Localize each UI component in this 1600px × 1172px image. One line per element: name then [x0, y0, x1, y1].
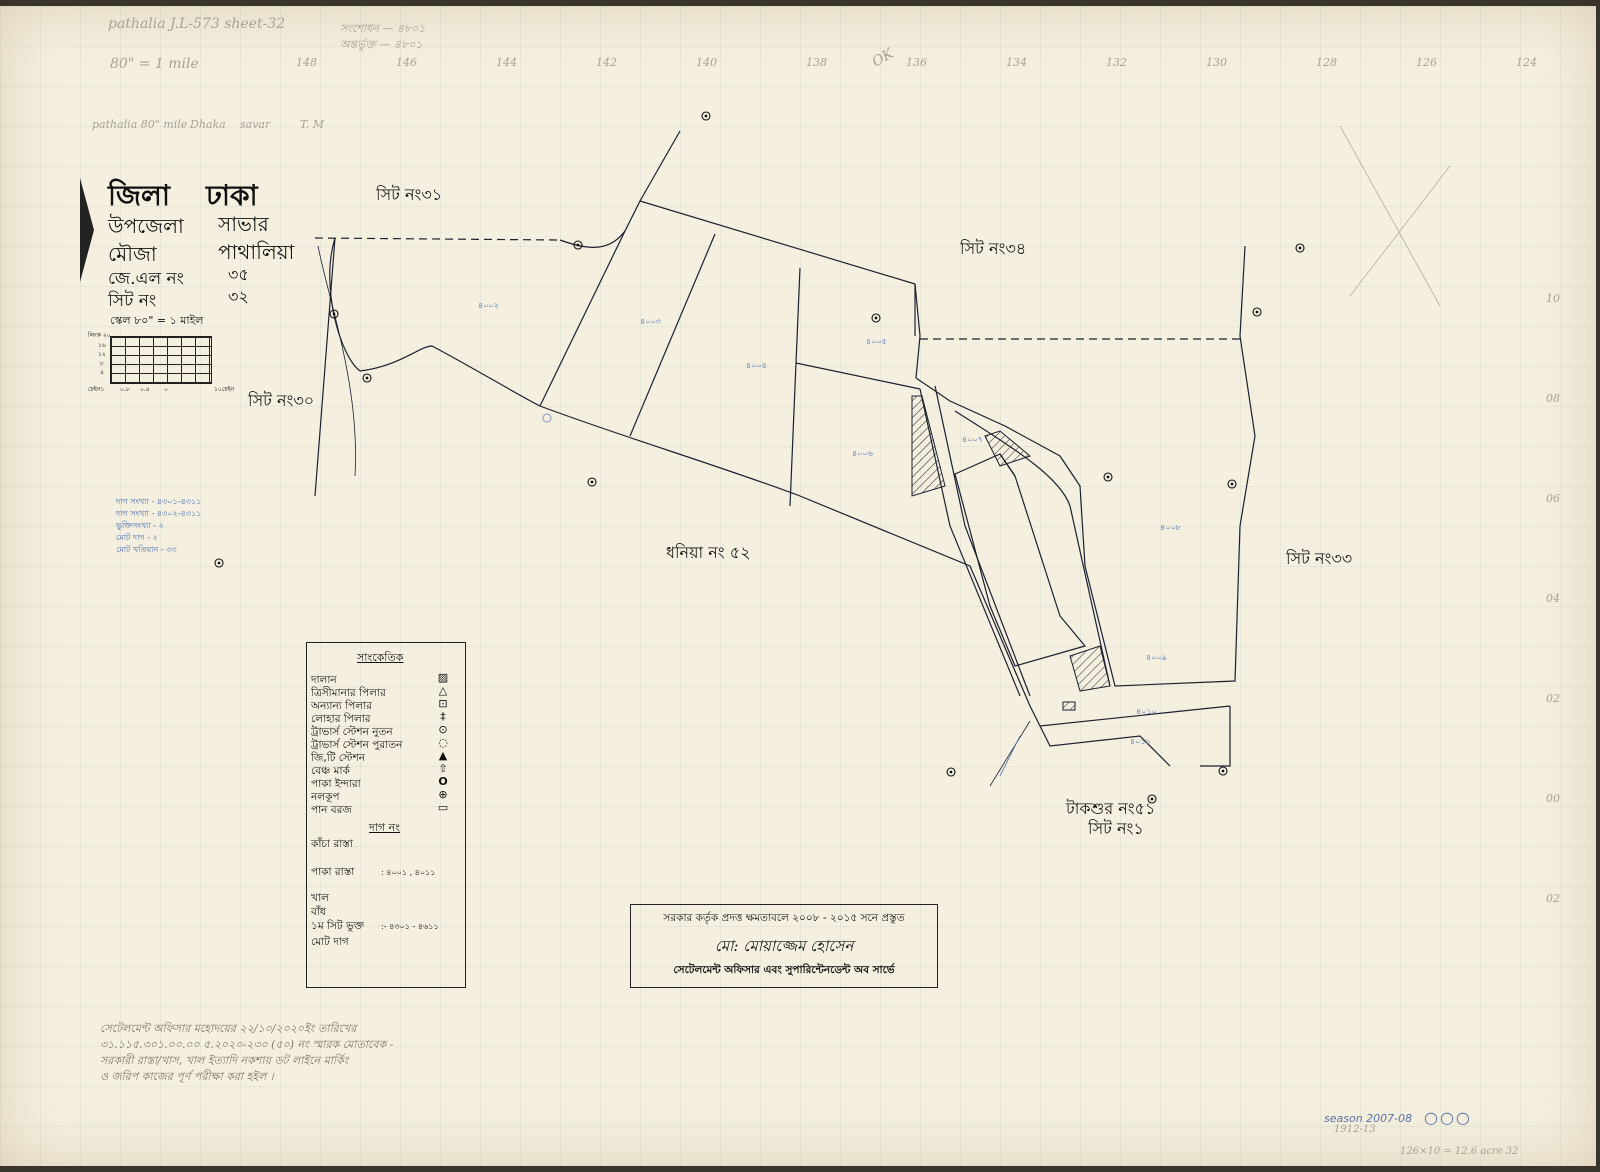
plot-number: ৪০০৩ — [640, 316, 661, 329]
iron-pillar-icon: ‡ — [433, 710, 453, 723]
label-sheet-31: সিট নং৩১ — [376, 182, 442, 209]
handwritten-note-line: ও জরিপ কাজের পূর্ণ পরীক্ষা করা হইল । — [100, 1068, 274, 1087]
plot-number: ৪০০৮ — [1160, 522, 1181, 535]
building-icon: ▨ — [433, 671, 453, 684]
traverse-old-icon: ◌ — [433, 736, 453, 749]
certificate-line-1: সরকার কর্তৃক প্রদত্ত ক্ষমতাবলে ২০০৮ - ২০… — [631, 911, 937, 928]
plot-number: ৪০১১ — [1130, 736, 1151, 749]
legend-road: কাঁচা রাস্তা — [311, 837, 353, 854]
season-note-2: 1912-13 — [1334, 1124, 1376, 1135]
plot-number: ৪০০২ — [478, 300, 499, 313]
betel-garden-icon: ▭ — [433, 801, 453, 814]
plot-number: ৪০১০ — [1136, 706, 1157, 719]
bench-mark-icon: ⇧ — [433, 762, 453, 775]
pucca-well-icon: O — [433, 775, 453, 788]
map-sheet: pathalia J.L-573 sheet-32 সংশোধন — ৪৮০১ … — [0, 6, 1596, 1166]
trijunction-pillar-icon: △ — [433, 684, 453, 697]
legend-title: সাংকেতিক — [357, 649, 403, 668]
legend-road-value: : ৪০০১ , ৪০১১ — [381, 867, 435, 880]
label-dhaniya-52: ধনিয়া নং ৫২ — [666, 540, 751, 567]
check-circles: ○○○ — [1424, 1108, 1472, 1127]
area-calc: 126×10 = 12.6 acre 32 — [1400, 1146, 1519, 1157]
plot-number: ৪০০৪ — [746, 360, 767, 373]
label-sheet-1: সিট নং১ — [1088, 816, 1144, 843]
plot-number: ৪০০৭ — [962, 434, 983, 447]
signature: মো: মোয়াজ্জেম হোসেন — [631, 935, 937, 960]
legend-road: পাকা রাস্তা — [311, 865, 354, 882]
traverse-new-icon: ⊙ — [433, 723, 453, 736]
label-sheet-30: সিট নং৩০ — [248, 388, 314, 415]
plot-number: ৪০০৬ — [852, 448, 873, 461]
legend-road: ১ম সিট ভুক্ত — [311, 919, 364, 936]
legend-road: মোট দাগ — [311, 935, 349, 952]
tubewell-icon: ⊕ — [433, 788, 453, 801]
mouza-map-drawing — [0, 6, 1596, 1166]
legend-box: সাংকেতিক দালান ▨ ত্রিসীমানার পিলার △ অন্… — [306, 642, 466, 988]
legend-item: পান বরজ — [311, 803, 352, 820]
certificate-line-3: সেটেলমেন্ট অফিসার এবং সুপারিন্টেনডেন্ট অ… — [631, 963, 937, 980]
certificate-box: সরকার কর্তৃক প্রদত্ত ক্ষমতাবলে ২০০৮ - ২০… — [630, 904, 938, 988]
plot-number: ৪০০৯ — [1146, 652, 1167, 665]
other-pillar-icon: ⊡ — [433, 697, 453, 710]
label-sheet-33: সিট নং৩৩ — [1286, 546, 1352, 573]
plot-no-title: দাগ নং — [369, 819, 400, 838]
plot-number: ৪০০৫ — [866, 336, 887, 349]
legend-road-value: :- ৪৩০১ - ৪৬১১ — [381, 921, 439, 934]
blue-note: মোট খতিয়ান - ৩৩ — [116, 544, 177, 557]
gt-station-icon: ▲ — [433, 749, 453, 762]
label-sheet-34: সিট নং৩৪ — [960, 236, 1026, 263]
